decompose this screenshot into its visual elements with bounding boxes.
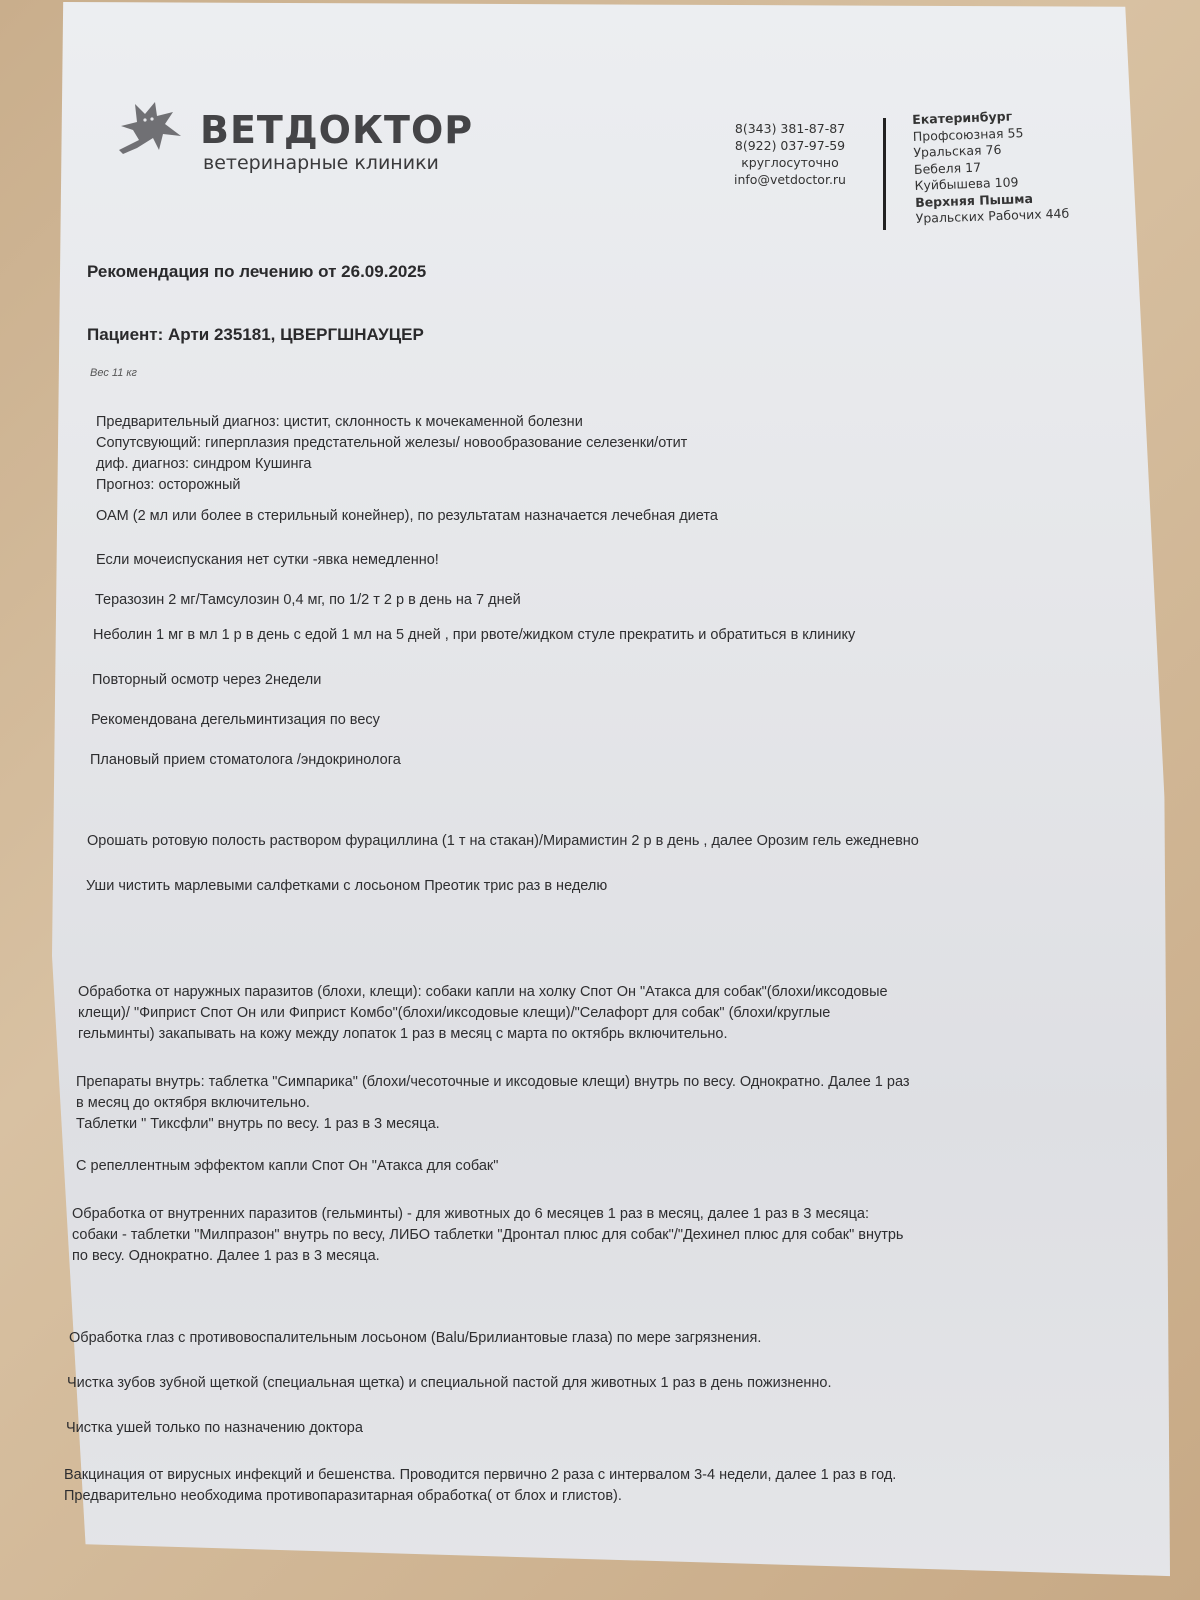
external-parasites-block: Обработка от наружных паразитов (блохи, … — [78, 982, 888, 1045]
text-line: Вакцинация от вирусных инфекций и бешенс… — [64, 1465, 896, 1486]
diagnosis-line: Прогноз: осторожный — [96, 475, 687, 496]
vaccination-block: Вакцинация от вирусных инфекций и бешенс… — [64, 1465, 896, 1507]
text-line: клещи)/ "Фиприст Спот Он или Фиприст Ком… — [78, 1003, 888, 1024]
ear-cleaning-line: Чистка ушей только по назначению доктора — [66, 1420, 363, 1436]
medication-line: Теразозин 2 мг/Тамсулозин 0,4 мг, по 1/2… — [95, 592, 521, 608]
hours: круглосуточно — [720, 154, 860, 171]
paper-sheet — [52, 2, 1170, 1592]
text-line: Предварительно необходима противопаразит… — [64, 1486, 896, 1507]
text-line: гельминты) закапывать на кожу между лопа… — [78, 1024, 888, 1045]
teeth-care-line: Чистка зубов зубной щеткой (специальная … — [67, 1375, 832, 1391]
eye-care-line: Обработка глаз с противовоспалительным л… — [69, 1330, 761, 1346]
text-line: Обработка от внутренних паразитов (гельм… — [72, 1204, 903, 1225]
repellent-line: С репеллентным эффектом капли Спот Он "А… — [76, 1158, 498, 1174]
cat-logo-icon — [115, 92, 195, 167]
patient-info: Пациент: Арти 235181, ЦВЕРГШНАУЦЕР — [87, 325, 424, 345]
oral-care-line: Орошать ротовую полость раствором фураци… — [87, 833, 919, 849]
diagnosis-line: Предварительный диагноз: цистит, склонно… — [96, 412, 687, 433]
brand-name: ВЕТДОКТОР — [200, 108, 473, 152]
phone-1: 8(343) 381-87-87 — [720, 120, 860, 137]
brand-subtitle: ветеринарные клиники — [203, 152, 439, 174]
text-line: Обработка от наружных паразитов (блохи, … — [78, 982, 888, 1003]
diagnosis-line: диф. диагноз: синдром Кушинга — [96, 454, 687, 475]
header-divider — [883, 118, 886, 230]
internal-parasites-block: Обработка от внутренних паразитов (гельм… — [72, 1204, 903, 1267]
specialist-line: Плановый прием стоматолога /эндокринолог… — [90, 752, 401, 768]
ear-care-line: Уши чистить марлевыми салфетками с лосьо… — [86, 878, 607, 894]
patient-weight: Вес 11 кг — [90, 367, 137, 379]
medication-line: Неболин 1 мг в мл 1 р в день с едой 1 мл… — [93, 627, 855, 643]
text-line: по весу. Однократно. Далее 1 раз в 3 мес… — [72, 1246, 903, 1267]
clinic-addresses: Екатеринбург Профсоюзная 55 Уральская 76… — [912, 105, 1116, 227]
diagnosis-block: Предварительный диагноз: цистит, склонно… — [96, 412, 687, 496]
deworming-line: Рекомендована дегельминтизация по весу — [91, 712, 380, 728]
text-line: в месяц до октября включительно. — [76, 1093, 910, 1114]
followup-line: Повторный осмотр через 2недели — [92, 672, 321, 688]
text-line: собаки - таблетки "Милпразон" внутрь по … — [72, 1225, 903, 1246]
diagnosis-line: Сопутсвующий: гиперплазия предстательной… — [96, 433, 687, 454]
text-line: Препараты внутрь: таблетка "Симпарика" (… — [76, 1072, 910, 1093]
oral-preparations-block: Препараты внутрь: таблетка "Симпарика" (… — [76, 1072, 910, 1135]
urine-test-line: ОАМ (2 мл или более в стерильный конейне… — [96, 508, 718, 524]
text-line: Таблетки " Тиксфли" внутрь по весу. 1 ра… — [76, 1114, 910, 1135]
email: info@vetdoctor.ru — [720, 171, 860, 188]
phone-2: 8(922) 037-97-59 — [720, 137, 860, 154]
contact-info: 8(343) 381-87-87 8(922) 037-97-59 кругло… — [720, 120, 860, 188]
urgent-warning-line: Если мочеиспускания нет сутки -явка неме… — [96, 552, 439, 568]
document-title: Рекомендация по лечению от 26.09.2025 — [87, 262, 426, 282]
